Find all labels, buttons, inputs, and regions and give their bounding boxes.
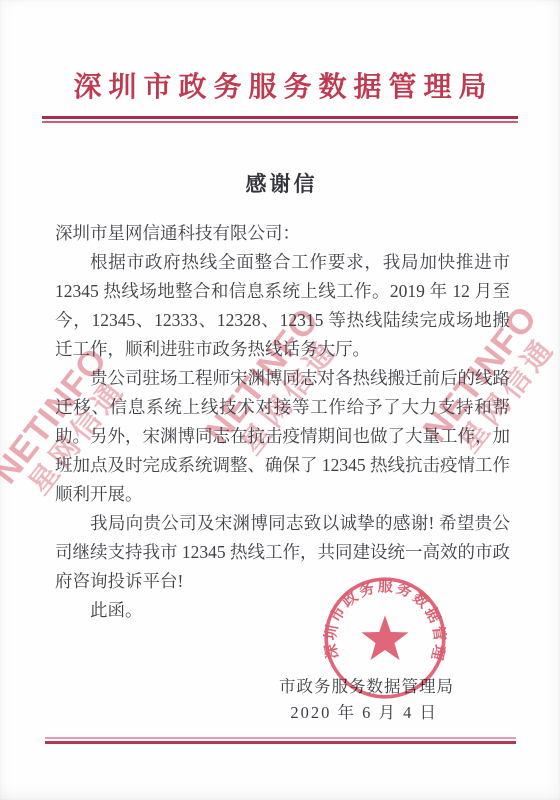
recipient-line: 深圳市星网信通科技有限公司： [55, 219, 510, 248]
paragraph: 贵公司驻场工程师宋渊博同志对各热线搬迁前后的线路迁移、信息系统上线技术对接等工作… [55, 364, 510, 509]
letter-body: 深圳市星网信通科技有限公司： 根据市政府热线全面整合工作要求，我局加快推进市 1… [55, 219, 510, 625]
paragraph: 我局向贵公司及宋渊博同志致以诚挚的感谢! 希望贵公司继续支持我市 12345 热… [55, 509, 510, 596]
scanned-letter-page: NETINFO 星网信通 NETINFO 星网信通 NETINFO 星网信通 深… [0, 0, 560, 800]
paragraph: 根据市政府热线全面整合工作要求，我局加快推进市 12345 热线场地整合和信息系… [55, 248, 510, 364]
signature-date: 2020 年 6 月 4 日 [290, 699, 438, 723]
signature-org: 市政务服务数据管理局 [279, 673, 454, 697]
closing-line: 此函。 [55, 596, 510, 625]
signature-block: 市政务服务数据管理局 2020 年 6 月 4 日 [0, 671, 560, 741]
letterhead: 深圳市政务服务数据管理局 [0, 70, 560, 123]
letter-title: 感谢信 [0, 169, 560, 199]
letterhead-rule [42, 116, 518, 123]
issuing-org-title: 深圳市政务服务数据管理局 [20, 70, 540, 106]
